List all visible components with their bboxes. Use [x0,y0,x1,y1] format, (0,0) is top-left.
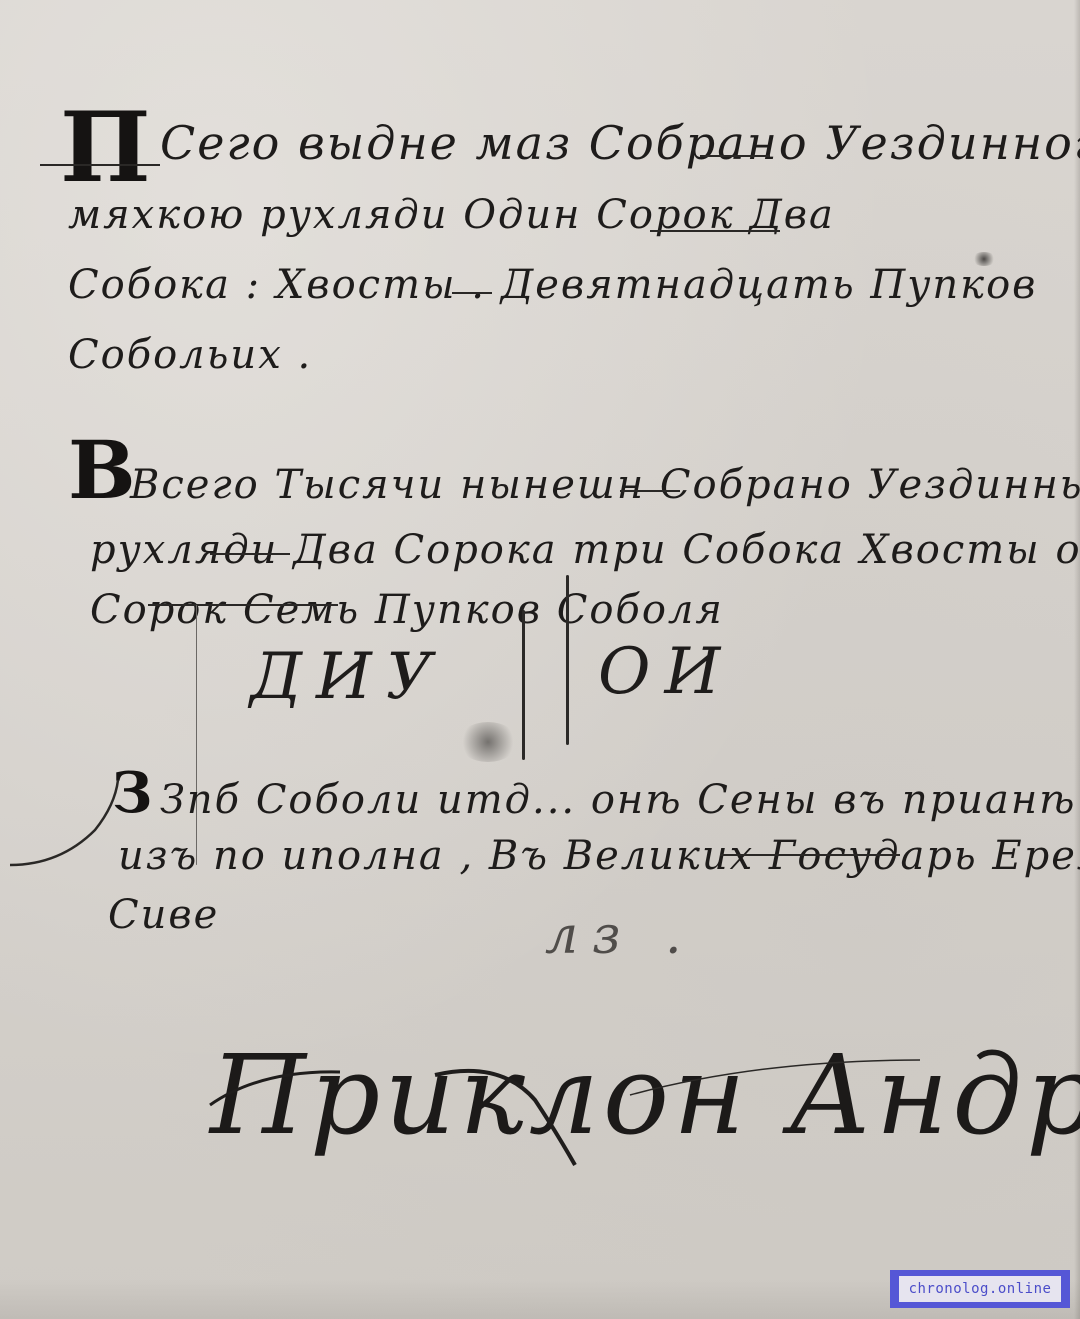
watermark-text: chronolog.online [899,1276,1061,1302]
paragraph-1-line-1: Сего выдне маз Собрано Уездинного [160,120,1080,166]
paragraph-3-line-2: изъ по иполна , Въ Великих Государь Ерем… [118,836,1080,876]
paragraph-3-line-1: Зпб Соболи итд... онѣ Сены въ прианѣ [160,780,1076,820]
paragraph-3-line-3: Сиве [108,895,219,935]
paragraph-1-line-3: Собока : Хвосты . Девятнадцать Пупков [68,265,1037,305]
margin-rule-left [196,605,197,865]
paragraph-2-line-3: Сорок Семь Пупков Соболя [90,590,724,630]
paragraph-2-line-1-underline [620,490,680,492]
paragraph-3-line-2-underline [720,854,900,856]
paragraph-1-line-2-underline [650,230,780,232]
paragraph-2-line-3-underline [148,604,338,606]
signature-flourish [200,990,920,1190]
paragraph-1-line-4: Собольих . [68,335,312,375]
paragraph-2-initial: В [68,430,136,510]
paragraph-1-line-3-underline [452,292,492,294]
paragraph-1-initial-rule [40,164,160,166]
bracket-stroke-1 [522,610,525,760]
paragraph-2-line-2-underline [210,553,290,555]
ink-blot [972,252,996,266]
manuscript-page: П Сего выдне маз Собрано Уездинного мяхк… [0,0,1080,1319]
watermark-badge: chronolog.online [890,1270,1070,1308]
paragraph-2-numerals-right: ОИ [598,640,734,704]
paragraph-1-line-1-underline [700,155,770,157]
bracket-stroke-2 [566,575,569,745]
paragraph-1-line-2: мяхкою рухляди Один Сорок Два [68,195,835,235]
paragraph-2-numerals-left: ДИУ [250,645,446,709]
paragraph-2-line-1: Всего Тысячи нынешн Собрано Уездинные мя… [130,465,1080,505]
paragraph-2-line-2: рухляди Два Сорока три Собока Хвосты оди… [90,530,1080,570]
paragraph-3-year-notation: лз . [545,910,696,962]
paragraph-1-initial: П [60,100,151,196]
smudge [458,722,518,762]
